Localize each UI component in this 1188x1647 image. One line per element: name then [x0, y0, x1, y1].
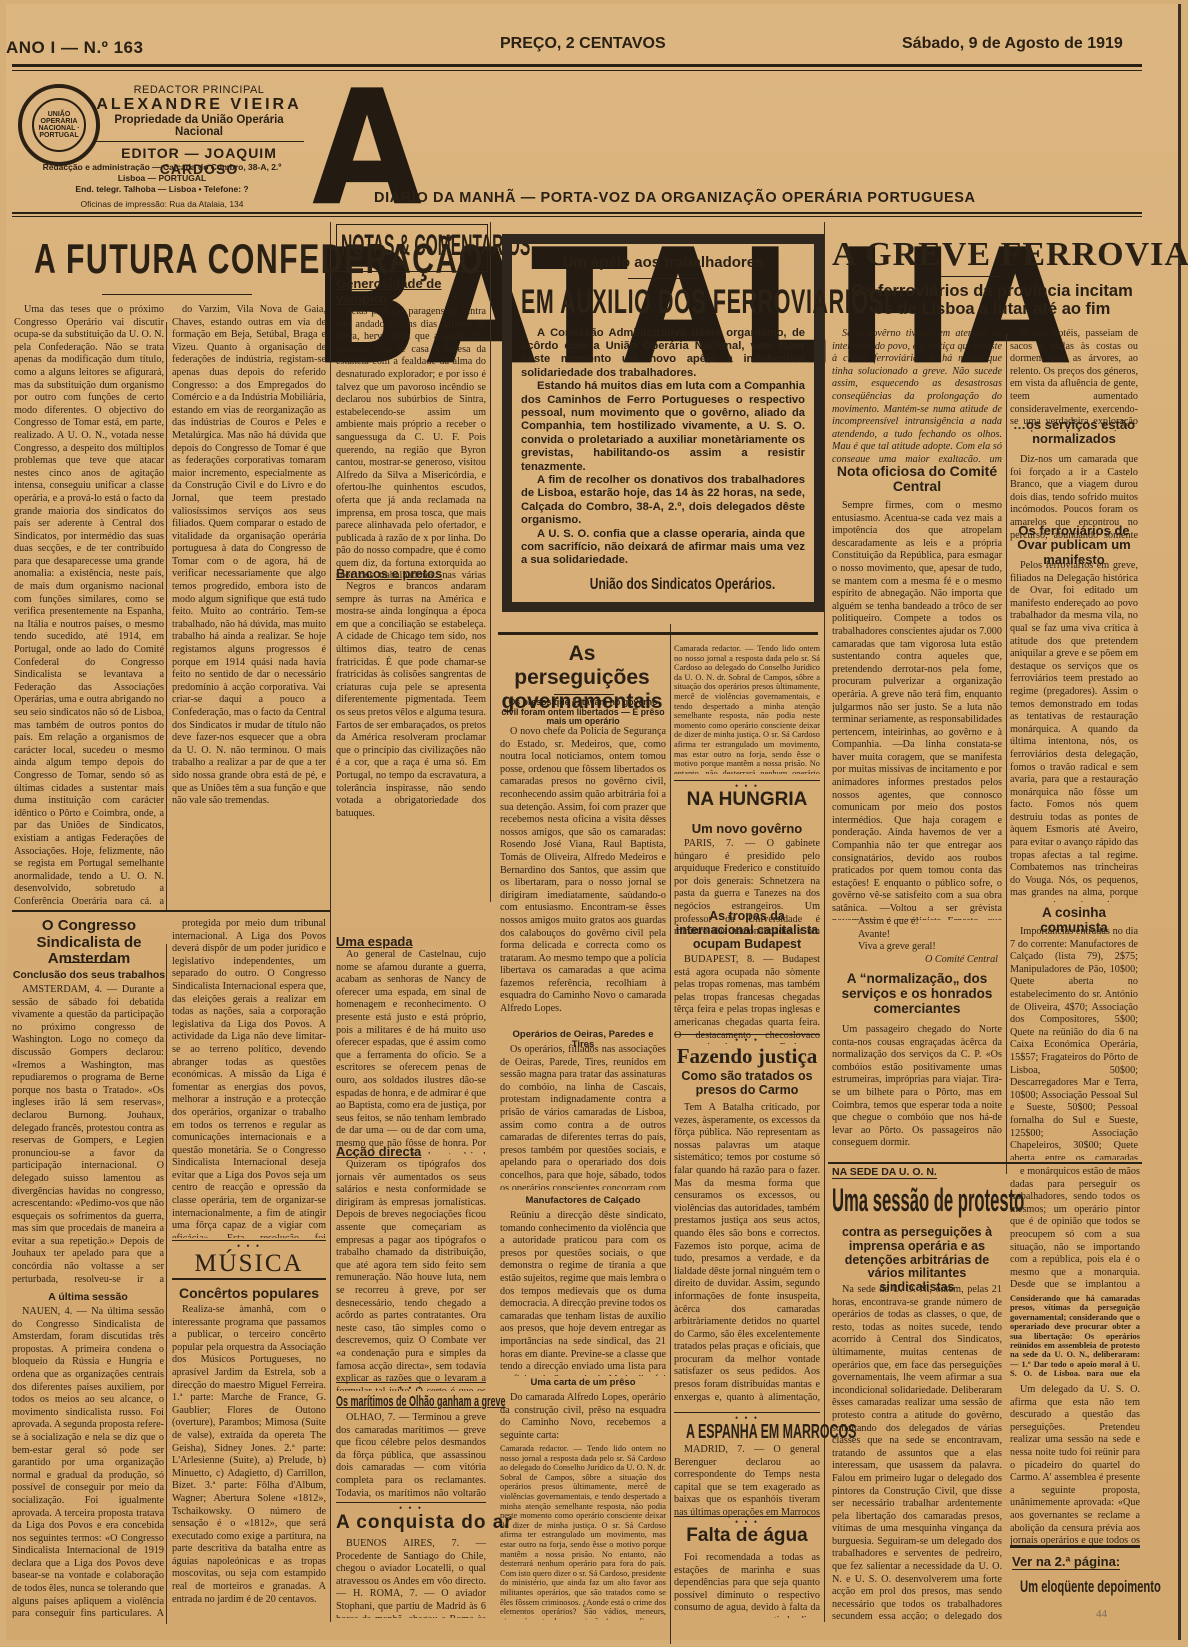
- tropas-title: As tropas da internacional capitalista o…: [674, 910, 820, 951]
- justica-header: Fazendo justiça: [674, 1044, 820, 1069]
- amsterdam-col1: AMSTERDAM, 4. — Durante a sessão de sába…: [12, 984, 164, 1284]
- perseguicoes-deck: Os presos que estavam no govêrno civil f…: [500, 698, 666, 727]
- notas-header: NOTAS & COMENTARIOS: [341, 231, 417, 261]
- hungria-header: NA HUNGRIA: [674, 790, 820, 811]
- perseguicoes-text: O novo chefe da Polícia de Segurança do …: [500, 726, 666, 1026]
- issue-date: Sábado, 9 de Agosto de 1919: [902, 35, 1123, 53]
- musica-header: MÚSICA: [172, 1250, 326, 1280]
- uon-col2b: Um delegado da U. S. O. afirma que esta …: [1010, 1384, 1140, 1546]
- nota-oficiosa-title: Nota oficiosa do Comité Central: [832, 464, 1002, 495]
- headline-greve: A GREVE FERROVIARIA: [832, 236, 1188, 274]
- amsterdam-col2: protegida por meio dum tribunal internac…: [172, 918, 326, 1238]
- espanha-header: A ESPANHA EM MARROCOS: [686, 1422, 856, 1442]
- musica-text: Realiza-se àmanhã, com o interessante pr…: [172, 1304, 326, 1620]
- see-page-label: Ver na 2.ª página:: [1012, 1554, 1120, 1570]
- property-line: Propriedade da União Operária Nacional: [94, 114, 304, 138]
- appeal-headline: EM AUXILIO DOS FERROVIARIOS!: [521, 285, 706, 319]
- agua-text: Foi recomendada a todas as estações de m…: [674, 1552, 820, 1618]
- servicos-title: …os serviços estão normalizados: [1010, 418, 1138, 447]
- notas-item: Acção directa Quizeram os tipógrafos dos…: [336, 1144, 486, 1391]
- ar-text: BUENOS AIRES, 7. — Procedente de Santiag…: [336, 1538, 486, 1618]
- tropas-text: BUDAPEST, 8. — Budapest está agora ocupa…: [674, 954, 820, 1044]
- ovar-text: Pelos ferroviários em greve, filiados na…: [1010, 560, 1138, 902]
- carta-text: Camarada redactor. — Tendo lido ontem no…: [500, 1444, 666, 1620]
- uon-headline: Uma sessão de protesto: [832, 1184, 1024, 1216]
- price: PREÇO, 2 CENTAVOS: [500, 35, 666, 53]
- see-page-title: Um eloqüente depoimento: [1020, 1578, 1161, 1595]
- uon-col2: e monárquicos estão de mãos dadas para p…: [1010, 1166, 1140, 1288]
- issue-number: ANO I — N.º 163: [6, 38, 143, 58]
- calcado-text: Reüniu a direcção dêste sindicato, toman…: [500, 1210, 666, 1376]
- ar-header: A conquista do ar: [336, 1512, 490, 1534]
- ultima-sessao-title: A última sessão: [12, 1292, 164, 1304]
- amsterdam-headline: O Congresso Sindicalista de Amsterdam: [12, 918, 166, 968]
- notas-item: Brancos e pretos Negros e brancos andara…: [336, 566, 486, 911]
- hungria-title: Um novo govêrno: [674, 822, 820, 836]
- newspaper-page: ANO I — N.º 163 PREÇO, 2 CENTAVOS Sábado…: [6, 4, 1181, 1640]
- nota-oficiosa-closing: Assim é que é! Avante! Viva a greve gera…: [848, 916, 998, 966]
- espanha-text: MADRID, 7. — O general Berenguer declaro…: [674, 1444, 820, 1518]
- appeal-signature: União dos Sindicatos Operários.: [590, 577, 775, 593]
- amsterdam-sub: Conclusão dos seus trabalhos: [12, 970, 166, 982]
- article-confederacao-col2: do Varzim, Vila Nova de Gaia, Chaves, es…: [172, 304, 326, 904]
- carta-intro: Do camarada Alfredo Lopes, operário da c…: [500, 1392, 666, 1442]
- article-confederacao-col1: Uma das teses que o próximo Congresso Op…: [14, 304, 164, 904]
- agua-header: Falta de água: [674, 1526, 820, 1547]
- calcado-title: Manufactores de Calçado: [500, 1196, 666, 1206]
- nota-oficiosa-text: Sempre firmes, com o mesmo entusiasmo. A…: [832, 500, 1002, 920]
- olhao-header: Os marítimos de Olhão ganham a greve: [336, 1394, 506, 1409]
- notas-header-box: NOTAS & COMENTARIOS: [336, 224, 488, 272]
- normalizacao-title: A “normalização„ dos serviços e os honra…: [832, 972, 1002, 1017]
- justica-text: Tem A Batalha criticado, por vezes, àspe…: [674, 1102, 820, 1402]
- uon-col1: Na sede da U. O. N., ontem, pelas 21 hor…: [832, 1284, 1002, 1620]
- ultima-sessao-text: NAUEN, 4. — Na última sessão do Congress…: [12, 1306, 164, 1618]
- newspaper-subtitle: DIÁRIO DA MANHÃ — PORTA-VOZ DA ORGANIZAÇ…: [374, 190, 976, 206]
- normalizacao-text: Um passageiro chegado do Norte conta-nos…: [832, 1024, 1002, 1156]
- union-seal-icon: UNIÃO OPERÁRIA NACIONAL · PORTUGAL: [18, 84, 100, 166]
- uon-kicker: NA SEDE DA U. O. N.: [832, 1166, 937, 1179]
- redactor-name: ALEXANDRE VIEIRA: [94, 96, 304, 114]
- operarios-text: Os operários, filiados nas associações d…: [500, 1044, 666, 1190]
- address-block: Redacção e administração — Calçada do Co…: [12, 162, 312, 210]
- musica-title: Concêrtos populares: [172, 1286, 326, 1301]
- appeal-box: Um apélo aos trabalhadores EM AUXILIO DO…: [502, 234, 824, 612]
- notas-item: Generosidade de vampiro Pelas poéticas p…: [336, 276, 486, 578]
- page-mark: 44: [1096, 1608, 1107, 1620]
- cosinha-text: Importâncias entradas no dia 7 do corren…: [1010, 926, 1138, 1160]
- appeal-body: A Comissão Administrativa dêste organism…: [511, 319, 815, 568]
- greve-subhead: Os ferroviários da província incitam os …: [842, 282, 1142, 318]
- redactor-label: REDACTOR PRINCIPAL: [94, 84, 304, 96]
- carta-continued: Camarada redactor. — Tendo lido ontem no…: [674, 644, 820, 774]
- greve-lead: Se o govêrno tivesse em atenção os inter…: [832, 328, 1002, 462]
- justica-title: Como são tratados os presos do Carmo: [674, 1070, 820, 1098]
- olhao-text: OLHAO, 7. — Terminou a greve dos camarad…: [336, 1412, 486, 1500]
- carta-title: Uma carta de um prêso: [500, 1378, 666, 1388]
- uon-motion: Considerando que há camaradas presos, ví…: [1010, 1294, 1140, 1376]
- appeal-kicker: Um apélo aos trabalhadores: [511, 255, 815, 272]
- notas-item: Uma espada Ao general de Castelnau, cujo…: [336, 934, 486, 1154]
